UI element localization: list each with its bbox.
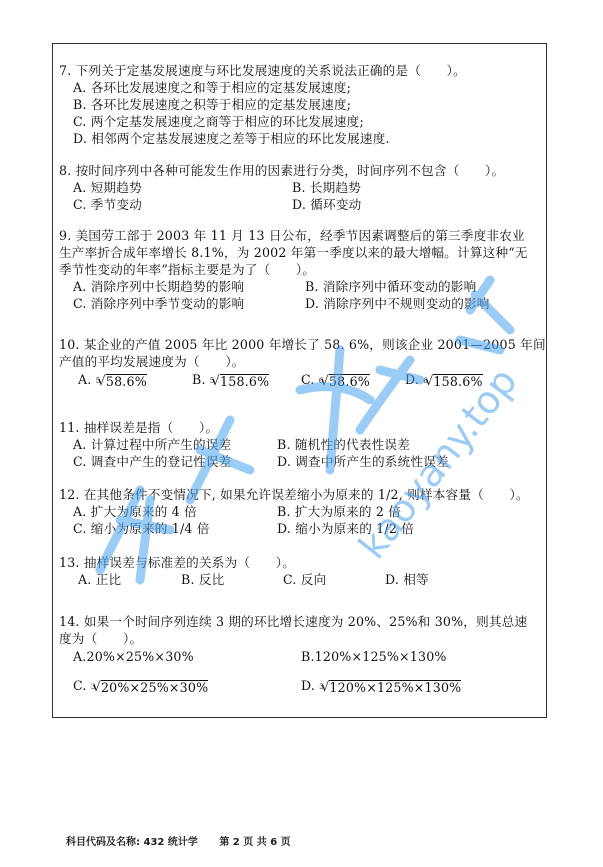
radical-expression: 6√58.6%: [319, 374, 370, 390]
q9-option-b: B. 消除序列中循环变动的影响: [305, 279, 476, 295]
q14-option-c: C. 3√20%×25%×30%: [73, 678, 208, 696]
q13-option-b: B. 反比: [181, 572, 224, 588]
radical-expression: 3√20%×25%×30%: [91, 680, 208, 696]
q11-option-b: B. 随机性的代表性误差: [277, 437, 410, 453]
q8-stem: 8. 按时间序列中各种可能发生作用的因素进行分类，时间序列不包含（ ）。: [59, 163, 504, 179]
q11-stem: 11. 抽样误差是指（ ）。: [59, 420, 218, 436]
q11-option-d: D. 调查中所产生的系统性误差: [277, 454, 449, 470]
radical-expression: 5√158.6%: [210, 374, 269, 390]
q7-option-b: B. 各环比发展速度之积等于相应的定基发展速度;: [73, 97, 351, 113]
radical-expression: 3√120%×125%×130%: [319, 680, 461, 696]
q13-stem: 13. 抽样误差与标准差的关系为（ ）。: [59, 555, 295, 571]
q12-option-b: B. 扩大为原来的 2 倍: [277, 504, 401, 520]
q10-option-c: C. 6√58.6%: [301, 372, 370, 390]
page-footer: 科目代码及名称: 432 统计学 第 2 页 共 6 页: [66, 833, 309, 848]
q14-stem-line2: 度为（ ）。: [59, 631, 142, 647]
q9-stem-line1: 9. 美国劳工部于 2003 年 11 月 13 日公布，经季节因素调整后的第三…: [59, 228, 525, 244]
q7-option-c: C. 两个定基发展速度之商等于相应的环比发展速度;: [73, 114, 364, 130]
radical-expression: 5√58.6%: [96, 374, 147, 390]
q7-option-a: A. 各环比发展速度之和等于相应的定基发展速度;: [73, 80, 351, 96]
subject-label: 科目代码及名称: 432 统计学: [66, 837, 198, 848]
q10-stem-line2: 产值的平均发展速度为（ ）。: [59, 354, 245, 370]
q12-stem: 12. 在其他条件不变情况下, 如果允许误差缩小为原来的 1/2, 则样本容量（…: [59, 487, 529, 503]
q9-option-c: C. 消除序列中季节变动的影响: [73, 296, 244, 312]
q14-option-a: A.20%×25%×30%: [73, 649, 194, 665]
q10-option-b: B. 5√158.6%: [192, 372, 269, 390]
q8-option-a: A. 短期趋势: [73, 180, 142, 196]
q10-stem-line1: 10. 某企业的产值 2005 年比 2000 年增长了 58. 6%，则该企业…: [59, 337, 546, 353]
q13-option-a: A. 正比: [78, 572, 121, 588]
q10-option-d: D. 6√158.6%: [405, 372, 483, 390]
q13-option-c: C. 反向: [283, 572, 326, 588]
q14-option-b: B.120%×125%×130%: [301, 649, 447, 665]
q14-option-d: D. 3√120%×125%×130%: [301, 678, 461, 696]
q8-option-c: C. 季节变动: [73, 197, 142, 213]
q8-option-d: D. 循环变动: [292, 197, 361, 213]
q7-option-d: D. 相邻两个定基发展速度之差等于相应的环比发展速度.: [73, 131, 390, 147]
page-number: 第 2 页 共 6 页: [219, 837, 290, 848]
q10-option-a: A. 5√58.6%: [78, 372, 147, 390]
q13-option-d: D. 相等: [385, 572, 429, 588]
q8-option-b: B. 长期趋势: [292, 180, 361, 196]
q9-stem-line3: 季节性变动的年率”指标主要是为了（ ）。: [59, 262, 315, 278]
q11-option-a: A. 计算过程中所产生的误差: [73, 437, 231, 453]
q9-stem-line2: 生产率折合成年率增长 8.1%，为 2002 年第一季度以来的最大增幅。计算这种…: [59, 245, 528, 261]
q9-option-a: A. 消除序列中长期趋势的影响: [73, 279, 244, 295]
q14-stem-line1: 14. 如果一个时间序列连续 3 期的环比增长速度为 20%、25%和 30%，…: [59, 614, 527, 630]
q9-option-d: D. 消除序列中不规则变动的影响: [305, 296, 490, 312]
q12-option-c: C. 缩小为原来的 1/4 倍: [73, 521, 210, 537]
q11-option-c: C. 调查中产生的登记性误差: [73, 454, 232, 470]
q12-option-a: A. 扩大为原来的 4 倍: [73, 504, 197, 520]
q7-stem: 7. 下列关于定基发展速度与环比发展速度的关系说法正确的是（ ）。: [59, 63, 466, 79]
radical-expression: 6√158.6%: [423, 374, 482, 390]
q12-option-d: D. 缩小为原来的 1/2 倍: [277, 521, 414, 537]
